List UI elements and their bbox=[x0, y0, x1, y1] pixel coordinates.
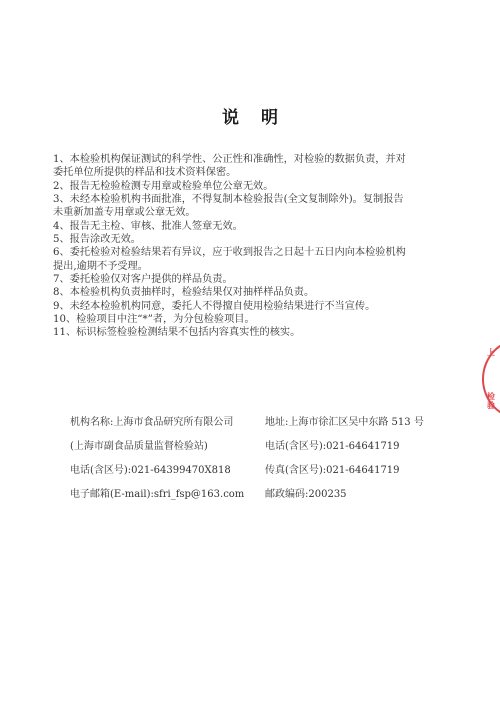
footer-row: 电话(含区号):021-64399470X818 传真(含区号):021-646… bbox=[70, 463, 450, 487]
phone-number: 电话(含区号):021-64641719 bbox=[265, 439, 400, 463]
note-line: 1、本检验机构保证测试的科学性、公正性和准确性，对检验的数据负责，并对 bbox=[53, 153, 473, 166]
notes-list: 1、本检验机构保证测试的科学性、公正性和准确性，对检验的数据负责，并对 委托单位… bbox=[53, 153, 473, 340]
note-line: 委托单位所提供的样品和技术资料保密。 bbox=[53, 166, 473, 179]
note-line: 2、报告无检验检测专用章或检验单位公章无效。 bbox=[53, 180, 473, 193]
footer-row: (上海市副食品质量监督检验站) 电话(含区号):021-64641719 bbox=[70, 439, 450, 463]
note-line: 4、报告无主检、审核、批准人签章无效。 bbox=[53, 220, 473, 233]
stamp-text-bottom: 检验 bbox=[487, 392, 497, 410]
note-line: 11、标识标签检验检测结果不包括内容真实性的核实。 bbox=[53, 326, 473, 339]
note-line: 10、检验项目中注“*”者，为分包检验项目。 bbox=[53, 313, 473, 326]
footer-row: 机构名称:上海市食品研究所有限公司 地址:上海市徐汇区吴中东路 513 号 bbox=[70, 415, 450, 439]
official-seal-stamp: 上 检验 bbox=[482, 338, 500, 420]
note-line: 8、本检验机构负责抽样时，检验结果仅对抽样样品负责。 bbox=[53, 286, 473, 299]
stamp-text-top: 上 bbox=[487, 348, 497, 357]
phone-extension: 电话(含区号):021-64399470X818 bbox=[70, 463, 265, 487]
organization-name: 机构名称:上海市食品研究所有限公司 bbox=[70, 415, 265, 439]
fax-number: 传真(含区号):021-64641719 bbox=[265, 463, 400, 487]
note-line: 6、委托检验对检验结果若有异议，应于收到报告之日起十五日内向本检验机构 bbox=[53, 246, 473, 259]
organization-alias: (上海市副食品质量监督检验站) bbox=[70, 439, 265, 463]
email-address: 电子邮箱(E-mail):sfri_fsp@163.com bbox=[70, 487, 265, 511]
organization-contact-info: 机构名称:上海市食品研究所有限公司 地址:上海市徐汇区吴中东路 513 号 (上… bbox=[70, 415, 450, 511]
note-line: 7、委托检验仅对客户提供的样品负责。 bbox=[53, 273, 473, 286]
note-line: 未重新加盖专用章或公章无效。 bbox=[53, 206, 473, 219]
postal-code: 邮政编码:200235 bbox=[265, 487, 347, 511]
address: 地址:上海市徐汇区吴中东路 513 号 bbox=[265, 415, 424, 439]
footer-row: 电子邮箱(E-mail):sfri_fsp@163.com 邮政编码:20023… bbox=[70, 487, 450, 511]
note-line: 5、报告涂改无效。 bbox=[53, 233, 473, 246]
page-title: 说明 bbox=[0, 103, 500, 128]
note-line: 提出,逾期不予受理。 bbox=[53, 260, 473, 273]
note-line: 3、未经本检验机构书面批准，不得复制本检验报告(全文复制除外)。复制报告 bbox=[53, 193, 473, 206]
note-line: 9、未经本检验机构同意，委托人不得擅自使用检验结果进行不当宣传。 bbox=[53, 300, 473, 313]
